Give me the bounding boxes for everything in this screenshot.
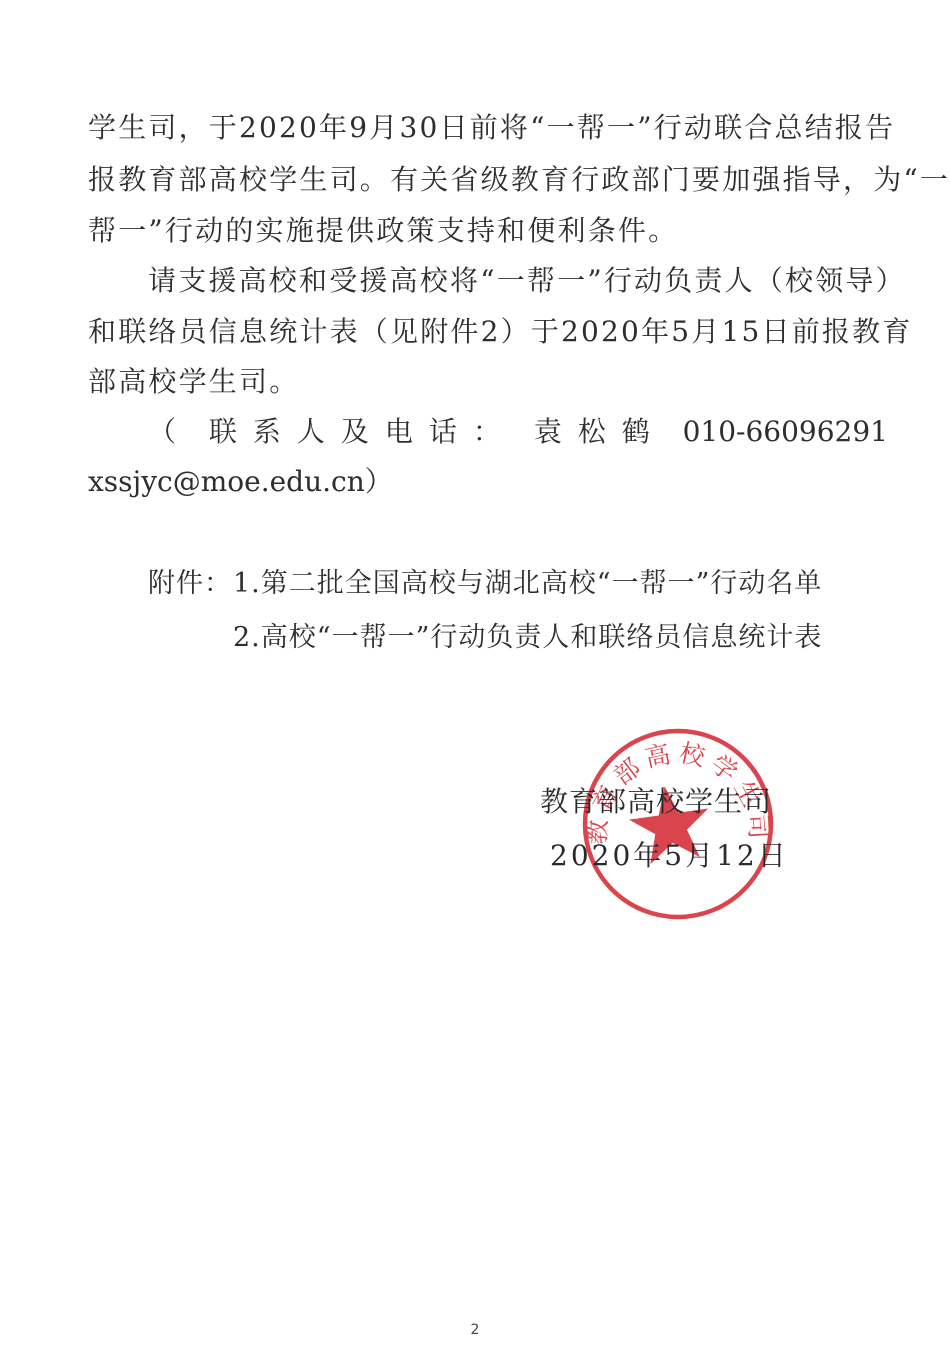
issuer-name: 教育部高校学生司 <box>540 782 772 822</box>
paragraph-2-line-3: 部高校学生司。 <box>88 362 888 402</box>
contact-email[interactable]: xssjyc@moe.edu.cn <box>88 465 365 498</box>
attachment-item-2: 2.高校“一帮一”行动负责人和联络员信息统计表 <box>233 618 822 658</box>
paragraph-1-line-1: 学生司，于2020年9月30日前将“一帮一”行动联合总结报告 <box>88 108 888 148</box>
contact-phone: 010-66096291 <box>683 412 888 452</box>
attachment-item-1: 1.第二批全国高校与湖北高校“一帮一”行动名单 <box>233 564 822 604</box>
paragraph-1-line-3: 帮一”行动的实施提供政策支持和便利条件。 <box>88 211 888 251</box>
contact-line: （ 联系人及电话： 袁松鹤 010-66096291 <box>148 412 888 452</box>
contact-email-line: xssjyc@moe.edu.cn） <box>88 462 888 502</box>
document-page: 学生司，于2020年9月30日前将“一帮一”行动联合总结报告 报教育部高校学生司… <box>0 0 950 1346</box>
paragraph-1-line-2: 报教育部高校学生司。有关省级教育行政部门要加强指导，为“一 <box>88 160 888 200</box>
issue-date: 2020年5月12日 <box>550 836 789 876</box>
contact-label: 联系人及电话： <box>209 412 517 452</box>
attachments-label: 附件： <box>148 564 232 604</box>
contact-name: 袁松鹤 <box>534 412 666 452</box>
contact-open-paren: （ <box>148 412 192 452</box>
page-number: 2 <box>0 1322 950 1338</box>
official-seal-icon: 教育部高校学生司 <box>578 724 778 924</box>
contact-close-paren: ） <box>365 465 393 498</box>
paragraph-2-line-1: 请支援高校和受援高校将“一帮一”行动负责人（校领导） <box>148 261 888 301</box>
paragraph-2-line-2: 和联络员信息统计表（见附件2）于2020年5月15日前报教育 <box>88 312 888 352</box>
